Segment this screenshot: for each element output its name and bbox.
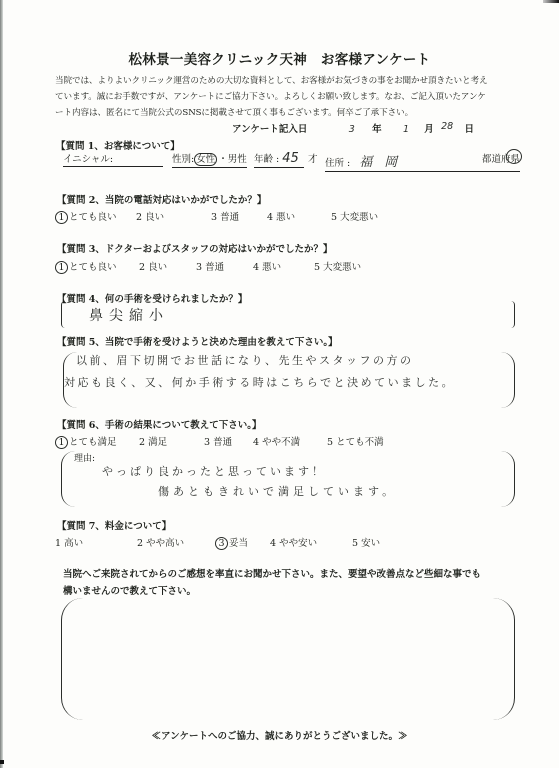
intro-line: ています。誠にお手数ですが、アンケートにご協力下さい。よろしくお願い致します。な… xyxy=(55,89,510,105)
q5-answer-line: 以前、眉下切開でお世話になり、先生やスタッフの方の xyxy=(76,352,414,368)
q3-heading: 【質問 3、ドクターおよびスタッフの対応はいかがでしたか？】 xyxy=(57,241,333,255)
date-month-field[interactable]: 1 xyxy=(403,124,409,135)
q4-answer-box[interactable]: 鼻尖縮小 xyxy=(61,301,515,328)
q2-option-3[interactable]: 3 普通 xyxy=(211,209,239,223)
closing-message: ≪アンケートへのご協力、誠にありがとうございました。≫ xyxy=(0,728,559,742)
q7-option-4[interactable]: 4 やや安い xyxy=(270,535,317,549)
q2-option-1-selected[interactable]: 11 とても良いとても良い xyxy=(55,209,117,224)
intro-paragraph: 当院では、よりよいクリニック運営のための大切な資料として、お客様がお気づきの事を… xyxy=(55,73,510,121)
q3-option-5[interactable]: 5 大変悪い xyxy=(314,259,361,273)
comments-prompt-line: 当院へご来院されてからのご感想を率直にお聞かせ下さい。また、要望や改善点など些細… xyxy=(63,566,523,583)
selected-circle-mark: 1 xyxy=(55,211,68,224)
gender-separator: ・ xyxy=(218,154,228,165)
q6-option-1-selected[interactable]: 1とても満足 xyxy=(55,434,117,449)
gender-field: 性別:女性・男性 xyxy=(172,151,247,168)
q6-reason-line: やっぱり良かったと思っています！ xyxy=(102,463,326,479)
q2-option-5[interactable]: 5 大変悪い xyxy=(331,209,378,223)
comments-prompt: 当院へご来院されてからのご感想を率直にお聞かせ下さい。また、要望や改善点など些細… xyxy=(63,566,523,600)
date-label: アンケート記入日 xyxy=(232,121,307,135)
q7-option-3-selected[interactable]: 3妥当 xyxy=(215,535,248,550)
q1-heading: 【質問 1、お客様について】 xyxy=(56,138,180,152)
date-year-field[interactable]: 3 xyxy=(349,124,355,135)
survey-page: 松林景一美容クリニック天神 お客様アンケート 当院では、よりよいクリニック運営の… xyxy=(0,0,559,768)
q7-option-1[interactable]: 1 高い xyxy=(55,535,83,549)
gender-option-female-selected[interactable]: 女性 xyxy=(194,153,217,166)
q6-option-3[interactable]: 3 普通 xyxy=(204,434,232,448)
q6-reason-box[interactable]: 理由: やっぱり良かったと思っています！ 傷あともきれいで満足しています。 xyxy=(61,451,515,507)
q6-reason-line: 傷あともきれいで満足しています。 xyxy=(158,483,397,499)
date-day-field[interactable]: 28 xyxy=(441,121,453,132)
q3-option-3[interactable]: 3 普通 xyxy=(196,259,224,273)
q6-option-2[interactable]: 2 満足 xyxy=(139,434,167,448)
selected-circle-mark: 1 xyxy=(55,436,68,449)
scan-corner-mark xyxy=(0,760,4,764)
day-unit: 日 xyxy=(465,121,475,135)
scan-edge-shadow xyxy=(0,0,3,768)
q6-option-5[interactable]: 5 とても不満 xyxy=(327,434,384,448)
age-unit: 才 xyxy=(308,151,318,165)
selected-circle-mark: 3 xyxy=(215,537,228,550)
q3-option-1-selected[interactable]: 1とても良い xyxy=(55,259,117,274)
scan-corner-mark xyxy=(543,0,559,3)
q2-heading: 【質問 2、当院の電話対応はいかがでしたか？】 xyxy=(57,192,266,206)
initial-field[interactable]: イニシャル: xyxy=(63,151,163,167)
address-value: 福岡 xyxy=(359,155,409,170)
selected-circle-mark: 1 xyxy=(55,261,68,274)
gender-label: 性別: xyxy=(172,154,194,165)
q6-heading: 【質問 6、手術の結果について教えて下さい。】 xyxy=(57,417,261,431)
entry-date-row: アンケート記入日 3 年 1 月 28 日 xyxy=(232,121,474,135)
q7-option-5[interactable]: 5 安い xyxy=(352,535,380,549)
q4-answer-text: 鼻尖縮小 xyxy=(89,305,169,325)
q6-option-4[interactable]: 4 やや不満 xyxy=(253,434,300,448)
intro-line: ート内容は、匿名にて当院公式のSNSに掲載させて頂く事もございます。何卒ご了承下… xyxy=(55,105,510,121)
q7-heading: 【質問 7、料金について】 xyxy=(57,518,171,532)
document-title: 松林景一美容クリニック天神 お客様アンケート xyxy=(0,48,559,68)
age-value: 45 xyxy=(282,151,299,166)
address-field[interactable]: 住所 : 福岡 都道府県 xyxy=(325,151,520,172)
comments-answer-box[interactable] xyxy=(61,598,515,720)
q5-heading: 【質問 5、当院で手術を受けようと決めた理由を教えて下さい。】 xyxy=(57,334,338,348)
address-label: 住所 : xyxy=(325,158,350,169)
q2-option-2[interactable]: 2 良い xyxy=(136,209,164,223)
gender-option-male[interactable]: 男性 xyxy=(228,154,247,165)
q7-option-2[interactable]: 2 やや高い xyxy=(137,535,184,549)
year-unit: 年 xyxy=(372,121,382,135)
q5-answer-box[interactable]: 以前、眉下切開でお世話になり、先生やスタッフの方の 対応も良く、又、何か手術する… xyxy=(63,352,515,408)
q6-reason-label: 理由: xyxy=(74,451,95,464)
q2-option-4[interactable]: 4 悪い xyxy=(267,209,295,223)
month-unit: 月 xyxy=(424,121,434,135)
intro-line: 当院では、よりよいクリニック運営のための大切な資料として、お客様がお気づきの事を… xyxy=(55,73,510,89)
q3-option-2[interactable]: 2 良い xyxy=(139,259,167,273)
age-label: 年齢 : xyxy=(254,154,279,165)
q3-option-4[interactable]: 4 悪い xyxy=(253,259,281,273)
q5-answer-line: 対応も良く、又、何か手術する時はこちらでと決めていました。 xyxy=(64,374,455,390)
prefecture-circle-mark xyxy=(506,149,522,164)
age-field[interactable]: 年齢 : 45 xyxy=(254,151,304,168)
initial-label: イニシャル: xyxy=(63,154,113,165)
